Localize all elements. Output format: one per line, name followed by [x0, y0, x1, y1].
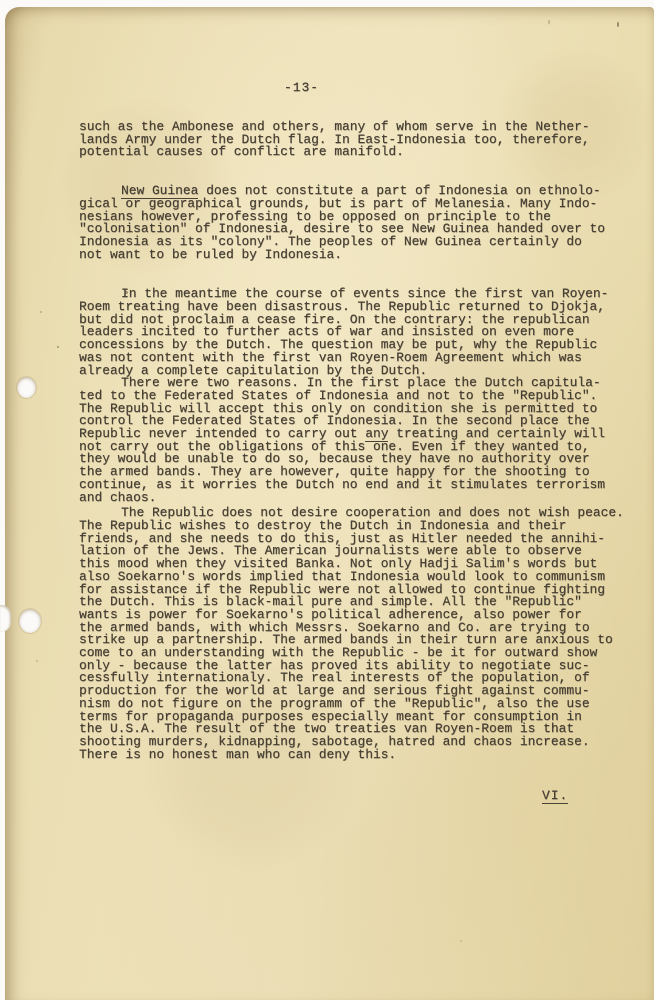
- paragraph-5: The Republic does not desire cooperation…: [79, 507, 624, 761]
- paper-speck: [617, 22, 619, 27]
- page-number: -13-: [284, 80, 319, 95]
- paragraph-text: not carry out the obligations of this on…: [79, 441, 624, 505]
- paper-speck: [36, 660, 38, 662]
- paper-speck: [460, 940, 462, 942]
- paper-speck: [125, 291, 128, 294]
- paragraph-2: New Guinea does not constitute a part of…: [79, 185, 624, 261]
- punch-hole: [17, 377, 36, 398]
- paragraph-4: There were two reasons. In the first pla…: [79, 377, 624, 504]
- paper-speck: [40, 311, 42, 313]
- paragraph-text: ted to the Federated States of Indonesia…: [79, 390, 624, 428]
- paragraph-text: such as the Ambonese and others, many of…: [79, 121, 624, 159]
- paper-speck: [548, 20, 550, 24]
- document-text: such as the Ambonese and others, many of…: [79, 121, 624, 761]
- paragraph-text: Roem treating have been disastrous. The …: [79, 301, 624, 377]
- section-number: VI.: [542, 788, 568, 804]
- scanned-document: -13- such as the Ambonese and others, ma…: [0, 0, 654, 1000]
- paragraph-text: The Republic wishes to destroy the Dutch…: [79, 520, 624, 761]
- paragraph-1: such as the Ambonese and others, many of…: [79, 121, 624, 159]
- paragraph-text: gical or geographical grounds, but is pa…: [79, 198, 624, 262]
- punch-hole: [19, 609, 41, 633]
- paper-speck: [57, 346, 59, 348]
- paper-speck: [111, 521, 113, 523]
- paragraph-3: In the meantime the course of events sin…: [79, 288, 624, 377]
